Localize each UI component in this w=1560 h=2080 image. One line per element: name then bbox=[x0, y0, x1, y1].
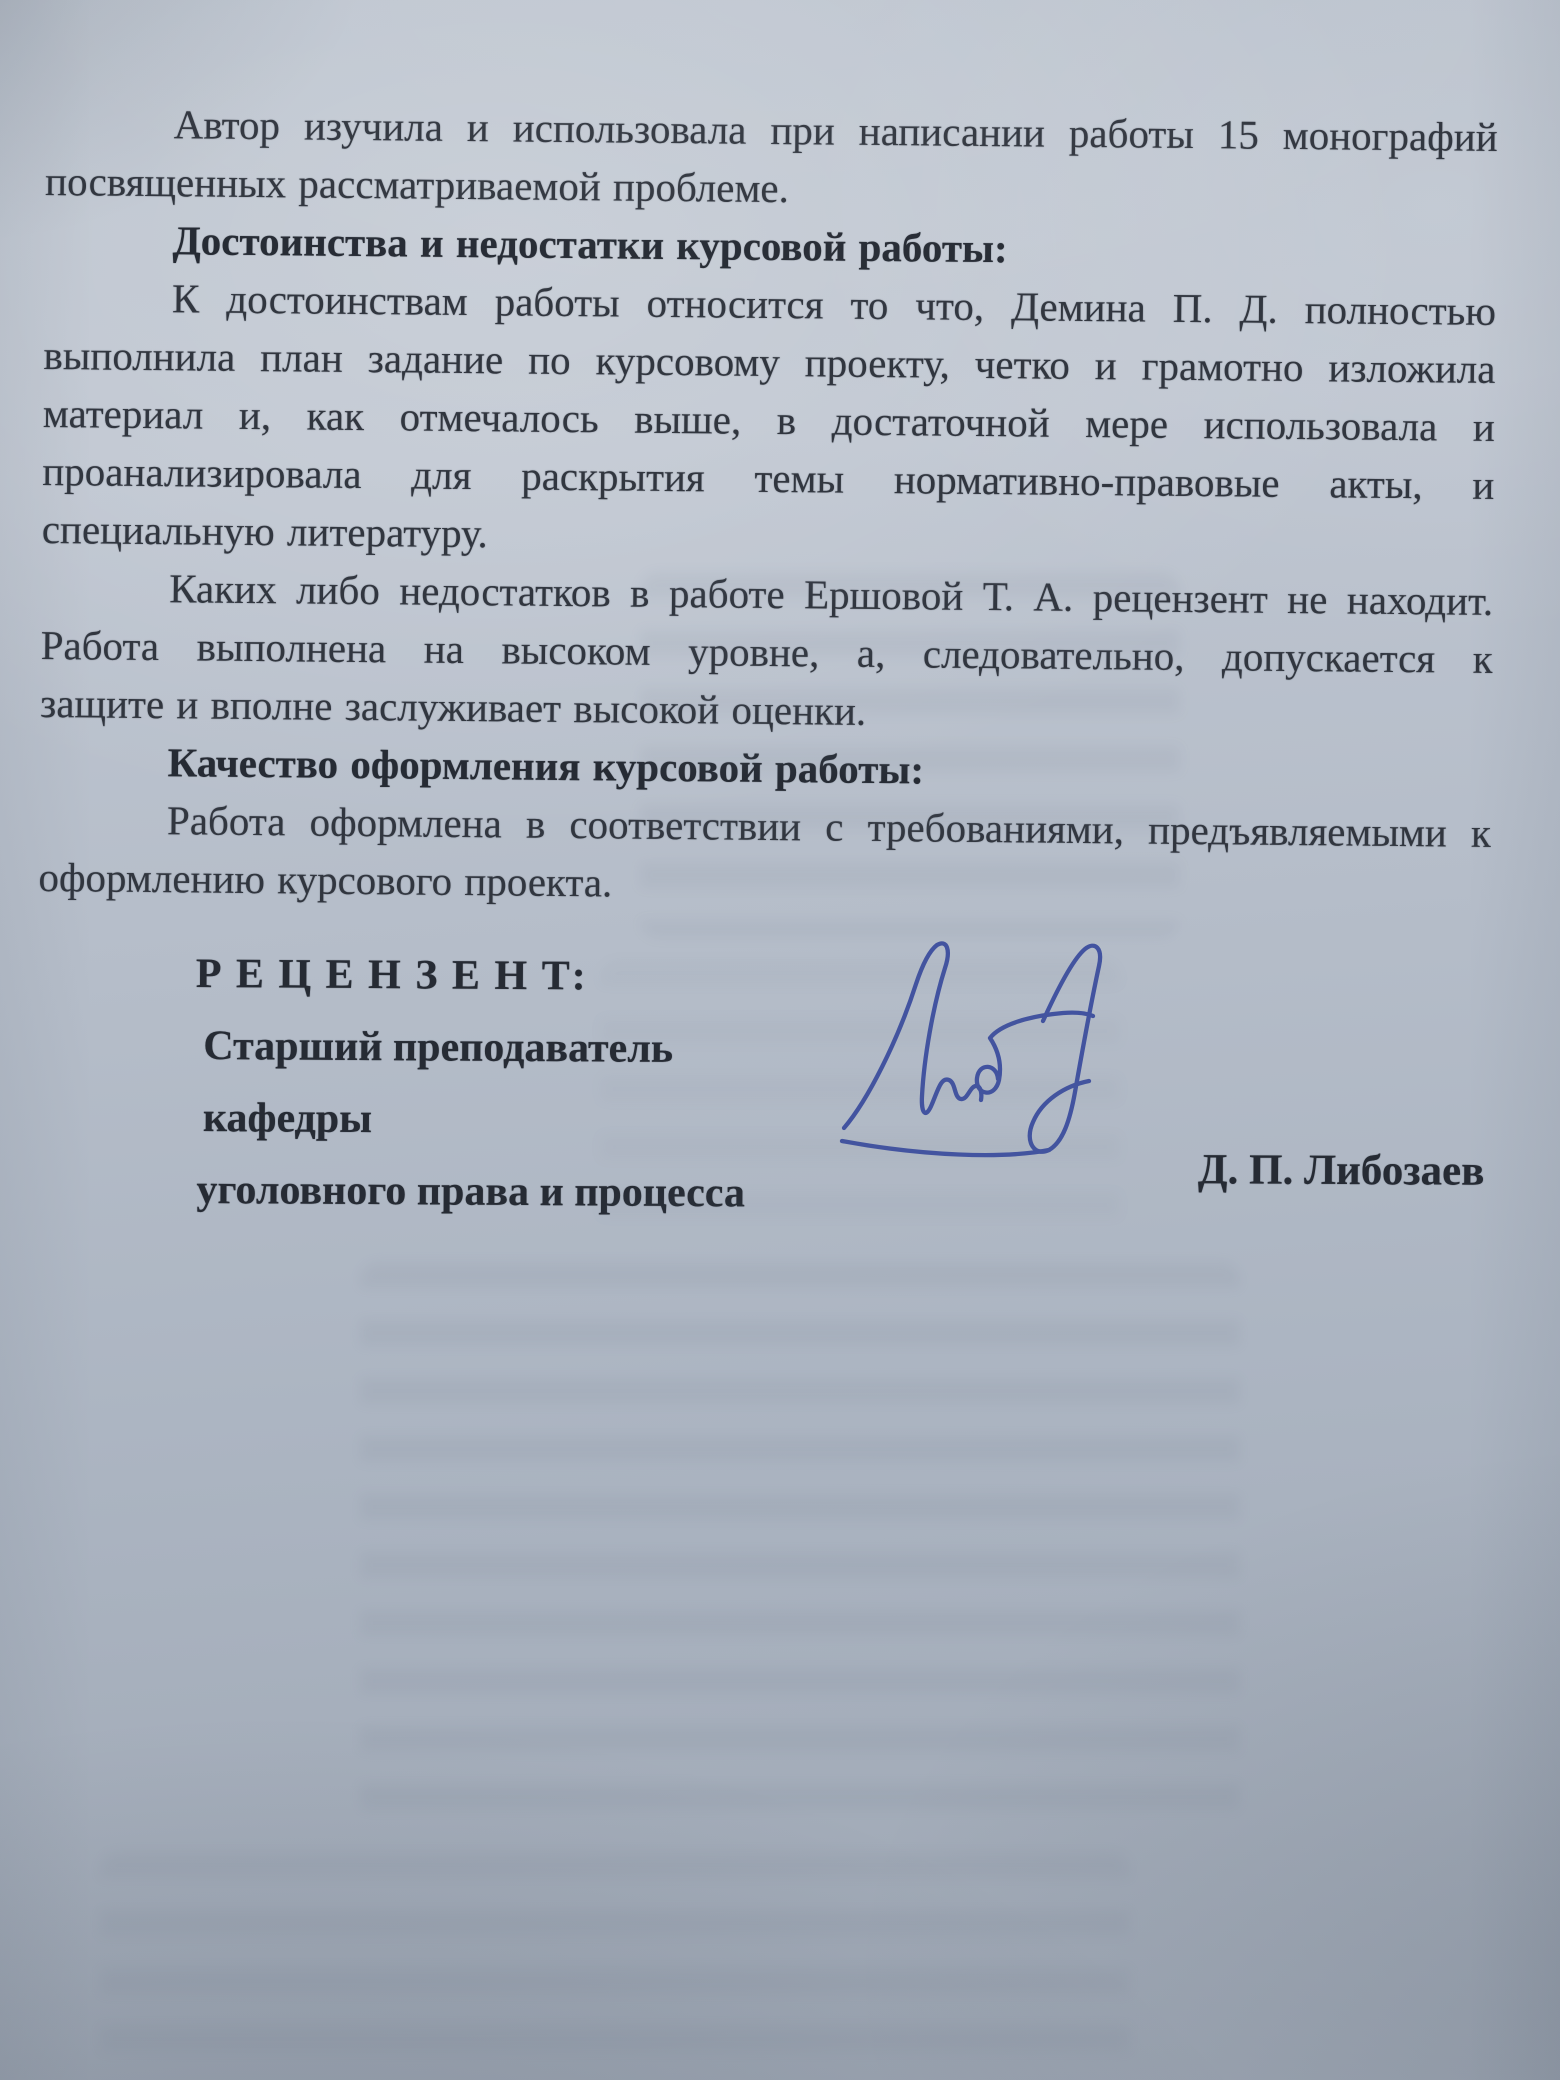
bleedthrough-text-ghost bbox=[100, 1852, 1130, 2064]
reviewer-name: Д. П. Либозаев bbox=[1198, 1141, 1485, 1200]
reviewer-position-line: Старший преподаватель кафедры bbox=[203, 1010, 836, 1158]
reviewer-position-line: уголовного права и процесса bbox=[196, 1154, 834, 1230]
reviewer-heading: Р Е Ц Е Н З Е Н Т: bbox=[196, 938, 836, 1014]
signature-icon bbox=[828, 928, 1168, 1168]
photographed-document-page: Автор изучила и использовала при написан… bbox=[0, 0, 1560, 2080]
review-text-block: Автор изучила и использовала при написан… bbox=[38, 94, 1498, 920]
bleedthrough-text-ghost bbox=[360, 1262, 1240, 1818]
reviewer-block: Р Е Ц Е Н З Е Н Т: Старший преподаватель… bbox=[194, 938, 836, 1230]
